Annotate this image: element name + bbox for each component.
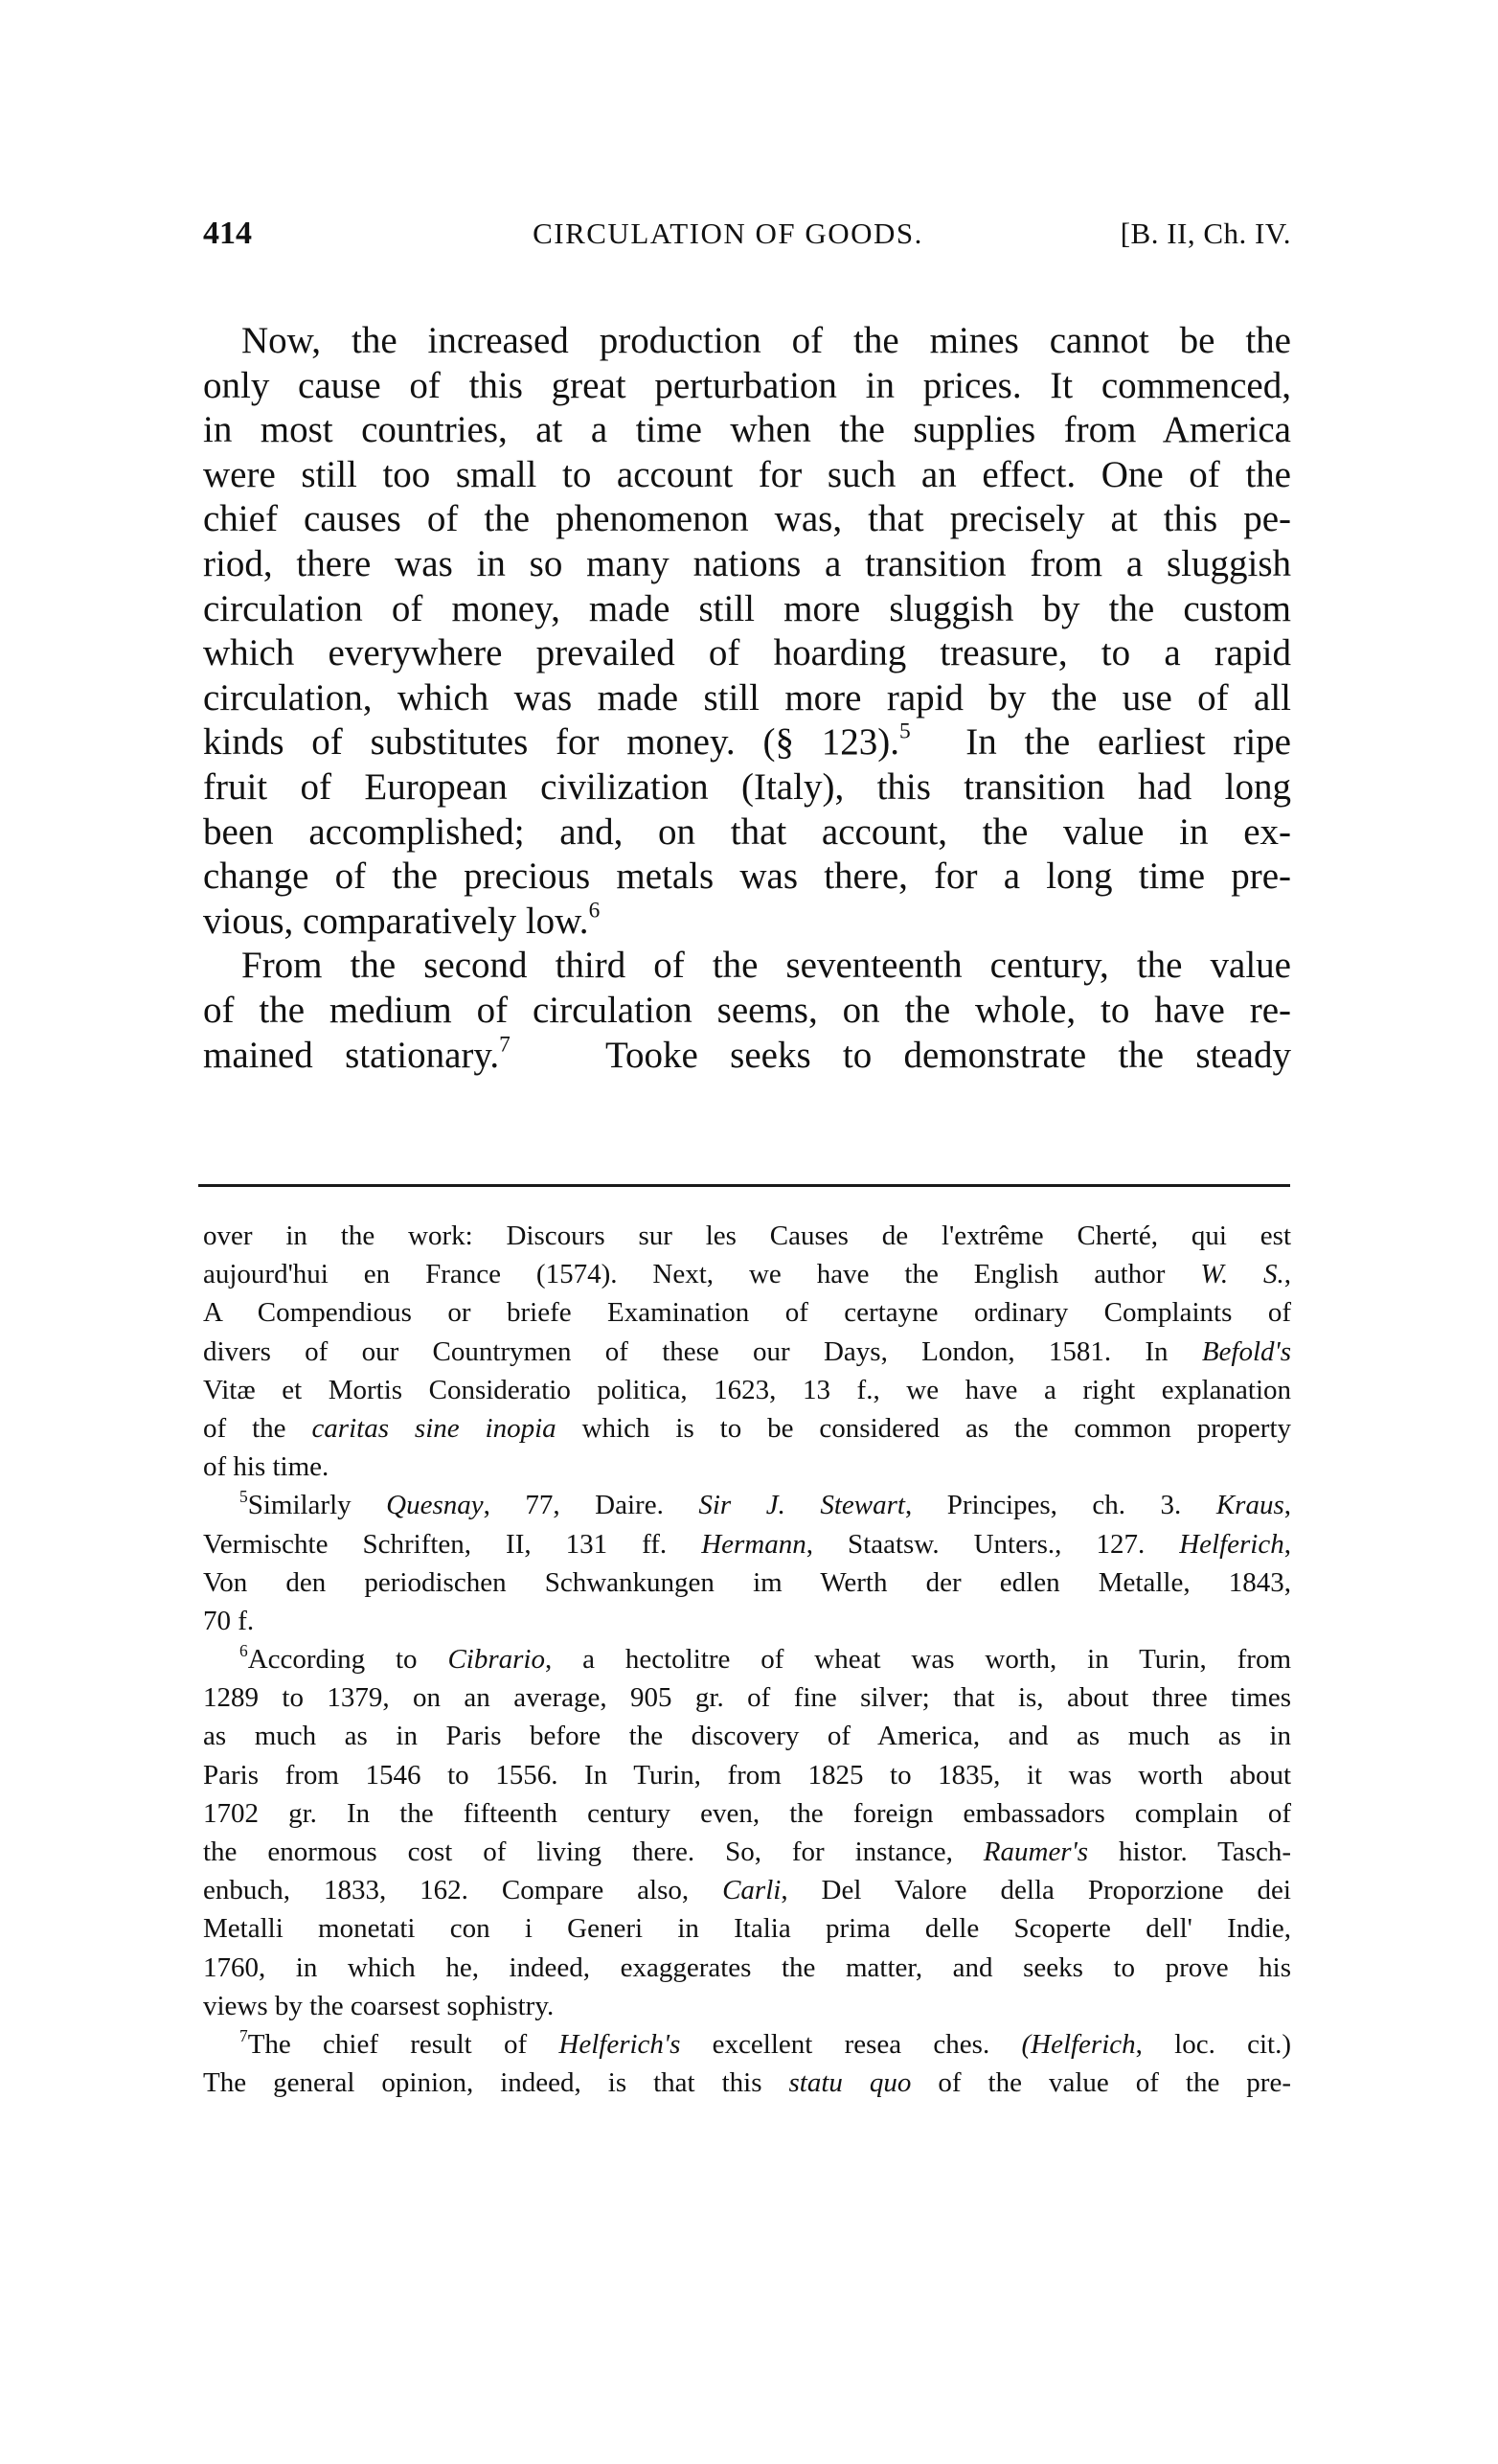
footnote-text: divers of our Countrymen of these our Da… [203,1336,1169,1367]
author-name: Raumer's [984,1837,1088,1867]
body-line: kinds of substitutes for money. (§ 123).… [203,720,1291,765]
body-line: circulation, which was made still more r… [203,676,1291,721]
footnote-italic: W. S. [1200,1259,1283,1289]
body-line: chief causes of the phenomenon was, that… [203,497,1291,542]
latin-phrase: statu quo [789,2067,912,2098]
footnote-6-line: Paris from 1546 to 1556. In Turin, from … [203,1756,1291,1794]
footnote-italic: caritas sine inopia [311,1413,556,1444]
author-name: Helferich's [558,2029,680,2060]
body-line: Now, the increased production of the min… [203,319,1291,364]
body-line: fruit of European civilization (Italy), … [203,765,1291,810]
footnote-text: , a hectolitre of wheat was worth, in Tu… [545,1644,1291,1675]
footnote-5-line: Von den periodischen Schwankungen im Wer… [203,1563,1291,1602]
footnote-text: , [1284,1490,1291,1520]
author-name: Cibrario [447,1644,545,1675]
body-line-text: kinds of substitutes for money. (§ 123). [203,721,899,763]
footnote-line: aujourd'hui en France (1574). Next, we h… [203,1255,1291,1293]
body-line-text: In the earliest ripe [965,721,1291,763]
footnote-text: enbuch, 1833, 162. Compare also, [203,1875,722,1905]
body-line: which everywhere prevailed of hoarding t… [203,631,1291,676]
body-line: only cause of this great perturbation in… [203,364,1291,409]
footnote-ref-6[interactable]: 6 [589,898,601,923]
footnote-7-line: 7The chief result of Helferich's excelle… [203,2025,1291,2064]
author-name: Hermann [701,1529,806,1560]
footnote-6-line: 6According to Cibrario, a hectolitre of … [203,1640,1291,1678]
footnote-6-line: as much as in Paris before the discovery… [203,1717,1291,1755]
author-name: Helferich [1179,1529,1284,1560]
running-header: 414 CIRCULATION OF GOODS. [B. II, Ch. IV… [203,213,1291,255]
body-line: of the medium of circulation seems, on t… [203,989,1291,1034]
footnotes: over in the work: Discours sur les Cause… [203,1217,1291,2102]
body-line: change of the precious metals was there,… [203,855,1291,900]
footnote-text: of the value of the pre- [911,2067,1291,2098]
footnote-text: aujourd'hui en France (1574). Next, we h… [203,1259,1165,1289]
footnote-ref-5[interactable]: 5 [899,719,911,744]
footnote-text: , Staatsw. Unters., 127. [806,1529,1179,1560]
footnote-line: over in the work: Discours sur les Cause… [203,1217,1291,1255]
footnote-text: ( [1021,2029,1031,2060]
body-line-text: mained stationary. [203,1035,499,1076]
footnote-6-line: the enormous cost of living there. So, f… [203,1833,1291,1871]
author-name: Helferich [1031,2029,1136,2060]
body-line: were still too small to account for such… [203,453,1291,498]
body-line: in most countries, at a time when the su… [203,408,1291,453]
footnote-text: The general opinion, indeed, is that thi… [203,2067,789,2098]
body-line: circulation of money, made still more sl… [203,587,1291,632]
footnote-text: , 77, Daire. [484,1490,699,1520]
body-line: riod, there was in so many nations a tra… [203,542,1291,587]
footnote-text: Similarly [248,1490,386,1520]
footnote-marker-5: 5 [239,1487,248,1506]
footnote-5-line: Vermischte Schriften, II, 131 ff. Herman… [203,1525,1291,1563]
footnote-5-line: 70 f. [203,1602,1291,1640]
footnote-line: of the caritas sine inopia which is to b… [203,1409,1291,1448]
footnote-text: , Del Valore della Proporzione dei [781,1875,1291,1905]
footnote-line: A Compendious or briefe Examination of c… [203,1293,1291,1332]
footnote-6-line: 1289 to 1379, on an average, 905 gr. of … [203,1678,1291,1717]
footnote-line: Vitæ et Mortis Consideratio politica, 16… [203,1371,1291,1409]
author-name: Kraus [1216,1490,1284,1520]
body-line-text: vious, comparatively low. [203,901,589,942]
footnote-text: , loc. cit.) [1136,2029,1291,2060]
footnote-text: histor. Tasch- [1088,1837,1291,1867]
author-name: Carli [722,1875,781,1905]
footnote-text: excellent resea ches. [680,2029,1021,2060]
footnote-text: , Principes, ch. 3. [905,1490,1216,1520]
body-line: From the second third of the seventeenth… [203,944,1291,989]
footnote-line: divers of our Countrymen of these our Da… [203,1333,1291,1371]
footnote-7-line: The general opinion, indeed, is that thi… [203,2064,1291,2102]
footnote-5-line: 5Similarly Quesnay, 77, Daire. Sir J. St… [203,1486,1291,1524]
author-name: Quesnay [386,1490,483,1520]
footnote-text: , [1284,1529,1291,1560]
footnote-text: the enormous cost of living there. So, f… [203,1837,984,1867]
footnote-separator [198,1184,1290,1187]
author-name: Sir J. Stewart [698,1490,905,1520]
footnote-marker-6: 6 [239,1641,248,1660]
footnote-6-line: 1702 gr. In the fifteenth century even, … [203,1794,1291,1833]
body-line: been accomplished; and, on that account,… [203,810,1291,856]
body-line: mained stationary.7 Tooke seeks to demon… [203,1034,1291,1079]
section-reference: [B. II, Ch. IV. [1121,213,1291,255]
footnote-6-line: Metalli monetati con i Generi in Italia … [203,1909,1291,1948]
footnote-line: of his time. [203,1448,1291,1486]
footnote-ref-7[interactable]: 7 [499,1032,511,1057]
footnote-marker-7: 7 [239,2026,248,2045]
footnote-text: Vermischte Schriften, II, 131 ff. [203,1529,701,1560]
footnote-text: of the [203,1413,286,1444]
footnote-6-line: views by the coarsest sophistry. [203,1987,1291,2025]
footnote-italic: Befold's [1202,1336,1291,1367]
footnote-text: which is to be considered as the common … [582,1413,1291,1444]
body-line-text: Tooke seeks to demonstrate the steady [605,1035,1291,1076]
footnote-text: The chief result of [248,2029,559,2060]
book-page: 414 CIRCULATION OF GOODS. [B. II, Ch. IV… [0,0,1498,2464]
body-line: vious, comparatively low.6 [203,900,1291,945]
main-text: Now, the increased production of the min… [203,319,1291,1078]
footnote-6-line: enbuch, 1833, 162. Compare also, Carli, … [203,1871,1291,1909]
footnote-6-line: 1760, in which he, indeed, exaggerates t… [203,1949,1291,1987]
footnote-text: According to [248,1644,448,1675]
